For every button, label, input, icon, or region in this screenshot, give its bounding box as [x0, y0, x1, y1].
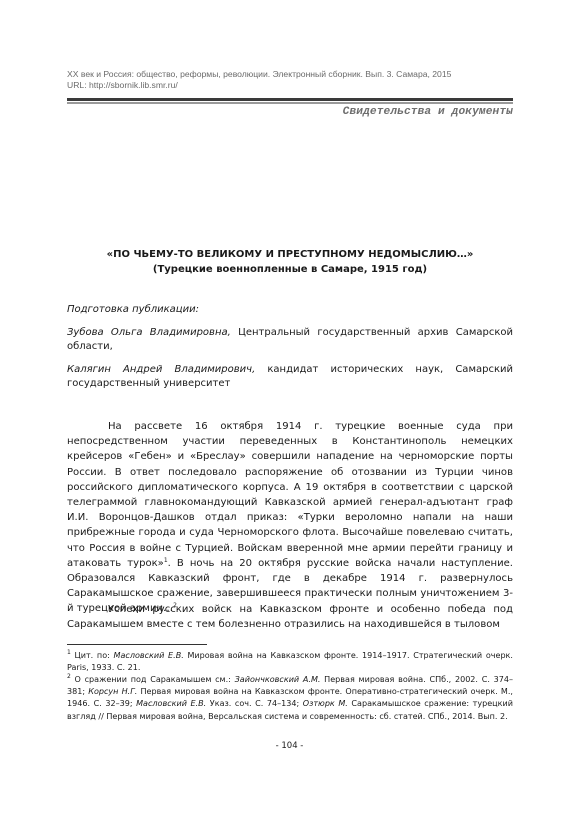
- running-header: XX век и Россия: общество, реформы, рево…: [67, 69, 451, 91]
- footnote-author: Корсун Н.Г.: [88, 687, 137, 696]
- footnote-author: Озтюрк М.: [303, 699, 348, 708]
- article-title-block: «ПО ЧЬЕМУ-ТО ВЕЛИКОМУ И ПРЕСТУПНОМУ НЕДО…: [67, 247, 513, 277]
- author-name: Калягин Андрей Владимирович,: [67, 364, 255, 375]
- preparation-label: Подготовка публикации:: [67, 303, 199, 317]
- footnote-text: Цит. по:: [71, 651, 114, 660]
- body-paragraph: На рассвете 16 октября 1914 г. турецкие …: [67, 419, 513, 617]
- footnote: 1 Цит. по: Масловский Е.В. Мировая война…: [67, 650, 513, 674]
- document-page: XX век и Россия: общество, реформы, рево…: [0, 0, 579, 820]
- header-rule-thick: [67, 98, 513, 101]
- footnote-author: Масловский Е.В.: [114, 651, 184, 660]
- article-subtitle: (Турецкие военнопленные в Самаре, 1915 г…: [67, 262, 513, 277]
- footnote-author: Масловский Е.В.: [136, 699, 206, 708]
- author-name: Зубова Ольга Владимировна,: [67, 327, 231, 338]
- header-rule-thin: [67, 102, 513, 104]
- footnote-text: Указ. соч. С. 74–134;: [206, 699, 303, 708]
- author-entry: Зубова Ольга Владимировна, Центральный г…: [67, 326, 513, 354]
- footnote-separator: [67, 644, 207, 645]
- footnote-author: Зайончковский А.М.: [235, 675, 321, 684]
- page-number: - 104 -: [0, 741, 579, 751]
- journal-url: URL: http://sbornik.lib.smr.ru/: [67, 80, 451, 91]
- footnote-text: О сражении под Саракамышем см.:: [71, 675, 235, 684]
- section-title: Свидетельства и документы: [343, 106, 513, 118]
- author-entry: Калягин Андрей Владимирович, кандидат ис…: [67, 363, 513, 391]
- paragraph-text: На рассвете 16 октября 1914 г. турецкие …: [67, 421, 513, 569]
- journal-citation: XX век и Россия: общество, реформы, рево…: [67, 69, 451, 80]
- footnote: 2 О сражении под Саракамышем см.: Зайонч…: [67, 674, 513, 723]
- article-title: «ПО ЧЬЕМУ-ТО ВЕЛИКОМУ И ПРЕСТУПНОМУ НЕДО…: [67, 247, 513, 262]
- body-paragraph: Успехи русских войск на Кавказском фронт…: [67, 602, 513, 632]
